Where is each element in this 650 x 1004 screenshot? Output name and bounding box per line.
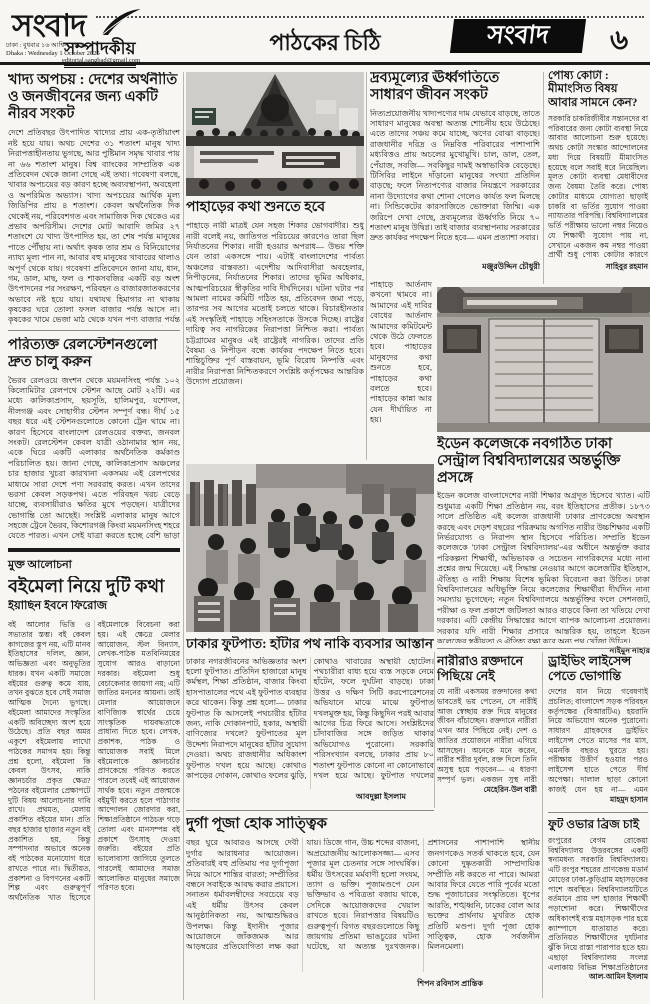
article-body: বই আলোর ভিত্তি ও সভ্যতার স্তম্ভ। বই কেবল… (8, 620, 180, 1000)
article-kicker: মুক্ত আলোচনা (8, 556, 180, 575)
column-rule (434, 652, 435, 808)
article-blood: নারীরাও রক্তদানে পিছিয়ে নেই যে নারী একস… (437, 654, 537, 797)
article-body: দেশে প্রতিবছর উৎপাদিত খাদ্যের প্রায় এক-… (8, 128, 180, 326)
article-bridge: ফুট ওভার ব্রিজ চাই রংপুরের বেগম রোকেয়া … (548, 818, 648, 984)
article-body: ঢাকার নগরজীবনের অভিজ্ঞতার অংশ হলো ফুটপাত… (186, 657, 434, 789)
article-food-waste: খাদ্য অপচয় : দেশের অর্থনীতি ও জনজীবনের … (8, 72, 180, 326)
article-headline: খাদ্য অপচয় : দেশের অর্থনীতি ও জনজীবনের … (8, 72, 180, 122)
article-body: সরকারি চাকরিজীবীর সন্তানদের বা পরিবারের … (548, 114, 648, 260)
article-body: দেশের যান নিয়ে গবেষণাই প্রচলিত; বাংলাদে… (548, 687, 648, 793)
article-author: আবদুল্লা ইসলাম (186, 791, 434, 804)
header-rule (0, 62, 650, 65)
article-footpath: ঢাকার ফুটপাত: হাঁটার পথ নাকি ব্যবসার আস্… (186, 636, 434, 804)
article-body: ভৈরব রেলওয়ে জংশন থেকে ময়মনসিংহ পর্যন্ত… (8, 376, 180, 540)
article-headline: ড্রাইভিং লাইসেন্স পেতে ভোগান্তি (548, 654, 648, 683)
divider (186, 810, 434, 811)
eden-college-gate-photo (437, 287, 650, 432)
article-headline: পরিত্যক্ত রেলস্টেশনগুলো দ্রুত চালু করুন (8, 337, 180, 371)
article-durga: দুর্গা পূজা হোক সাত্ত্বিক বছর ঘুরে আবারও… (186, 816, 540, 972)
article-headline: নারীরাও রক্তদানে পিছিয়ে নেই (437, 654, 537, 683)
article-rail-stations: পরিত্যক্ত রেলস্টেশনগুলো দ্রুত চালু করুন … (8, 337, 180, 540)
article-author: আল-আমিন ইসলাম (548, 972, 648, 984)
article-body: পাহাড়ে নারী মাত্রই যেন সহজ শিকার ভোগবাদ… (186, 221, 364, 457)
column-rule (366, 72, 367, 460)
column-rule (542, 652, 543, 998)
article-durga-author: শিপন রবিদাস প্রান্তিক (370, 978, 530, 991)
article-author: মাহমুদ হাসান (548, 795, 648, 807)
protest-rally-photo (186, 72, 364, 196)
article-headline: ইডেন কলেজকে নবগঠিত ঢাকা সেন্ট্রাল বিশ্বব… (437, 436, 650, 486)
newspaper-page: সংবাদ ঢাকা : বুধবার ১৬ আশ্বিন ১৪৩২ Dhaka… (0, 0, 650, 1004)
article-headline: পোষ্য কোটা : মীমাংসিত বিষয় আবার সামনে ক… (548, 70, 648, 110)
article-prices: দ্রব্যমূল্যের ঊর্ধ্বগতিতে সাধারণ জীবন সং… (370, 70, 540, 274)
article-author: মেহেরিন-উল বারী (437, 785, 537, 797)
article-headline: বইমেলা নিয়ে দুটি কথা (8, 576, 180, 597)
article-body: নিত্যপ্রয়োজনীয় খাদ্যপণ্যের দাম যেভাবে … (370, 109, 540, 259)
divider (548, 812, 648, 813)
article-headline: দ্রব্যমূল্যের ঊর্ধ্বগতিতে সাধারণ জীবন সং… (370, 70, 540, 104)
article-headline: পাহাড়ের কথা শুনতে হবে (186, 200, 364, 216)
column-rule (183, 72, 184, 1000)
header-dotted-rule (96, 16, 644, 18)
article-headline: ঢাকার ফুটপাত: হাঁটার পথ নাকি ব্যবসার আস্… (186, 636, 434, 652)
article-body: ইডেন কলেজ বাংলাদেশের নারী শিক্ষার অগ্রদূ… (437, 491, 650, 643)
divider (8, 330, 180, 331)
article-hills-continuation: পাহাড়ে আর্তনাদ কখনো থামবে না। আমাদের এই… (370, 280, 432, 456)
article-headline: দুর্গা পূজা হোক সাত্ত্বিক (186, 816, 540, 833)
article-author: ইয়াছিন ইবনে ফিরোজ (8, 600, 180, 613)
divider (437, 648, 650, 649)
article-author: সাহিবুর রহমান (548, 262, 648, 274)
article-quota: পোষ্য কোটা : মীমাংসিত বিষয় আবার সামনে ক… (548, 70, 648, 274)
article-body: বছর ঘুরে আবারও আসছে দেবী দুর্গার আরাধনার… (186, 838, 540, 972)
page-number: ৬ (610, 18, 628, 65)
article-body: রংপুরের বেগম রোকেয়া বিশ্ববিদ্যালয় উত্ত… (548, 836, 648, 970)
article-headline: ফুট ওভার ব্রিজ চাই (548, 818, 648, 832)
masthead-right-box: সংবাদ (450, 19, 586, 53)
column-rule (543, 72, 544, 284)
street-market-photo (186, 464, 434, 632)
masthead-right-logo: সংবাদ (485, 15, 552, 58)
article-hills: পাহাড়ের কথা শুনতে হবে পাহাড়ে নারী মাত্… (186, 200, 364, 457)
article-license: ড্রাইভিং লাইসেন্স পেতে ভোগান্তি দেশের যা… (548, 654, 648, 807)
article-body: যে নারী একসময় রক্তদানের কথা ভাবতেই ভয় … (437, 687, 537, 783)
article-eden: ইডেন কলেজকে নবগঠিত ঢাকা সেন্ট্রাল বিশ্বব… (437, 436, 650, 658)
article-author: মঞ্জুরউদ্দিন চৌধুরী (370, 261, 540, 274)
thick-divider (8, 548, 180, 552)
article-bookfair: মুক্ত আলোচনা বইমেলা নিয়ে দুটি কথা ইয়াছ… (8, 556, 180, 1000)
